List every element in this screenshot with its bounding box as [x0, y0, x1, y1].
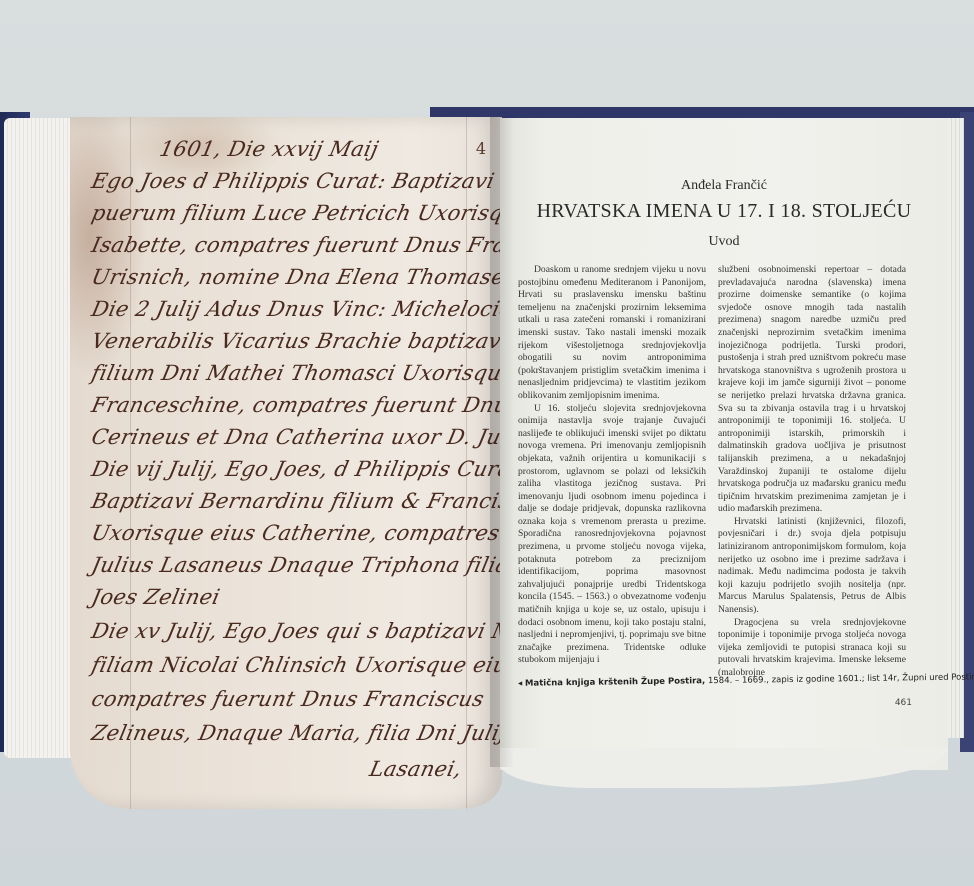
manuscript-line: Isabette, compatres fuerunt Dnus Francis… — [89, 233, 496, 257]
printed-page: Anđela Frančić HRVATSKA IMENA U 17. I 18… — [500, 118, 948, 770]
manuscript-line: Joes Zelinei — [89, 585, 496, 609]
chapter-title: HRVATSKA IMENA U 17. I 18. STOLJEĆU — [500, 200, 948, 223]
manuscript-line: Julius Lasaneus Dnaque Triphona filia d.… — [89, 553, 496, 577]
book-gutter-shadow — [490, 117, 520, 767]
photo-scene: 4 1601, Die xxvij Maij Ego Joes d Philip… — [0, 0, 974, 886]
manuscript-signature: Lasanei, — [367, 757, 496, 781]
text-column-left: Doaskom u ranome srednjem vijeku u novu … — [518, 264, 706, 667]
manuscript-line: Die 2 Julij Adus Dnus Vinc: Michelocich … — [89, 297, 496, 321]
manuscript-line: Uxorisque eius Catherine, compatres fuer… — [89, 521, 496, 545]
page-stack-left — [4, 118, 74, 758]
manuscript-line: Franceschine, compatres fuerunt Dnus Nic… — [89, 393, 496, 417]
manuscript-line: Venerabilis Vicarius Brachie baptizavit … — [89, 329, 496, 353]
paragraph: Dragocjena su vrela srednjovjekovne topo… — [718, 617, 906, 680]
manuscript-line: Urisnich, nomine Dna Elena Thomasei Rico… — [89, 265, 496, 289]
manuscript-line: compatres fuerunt Dnus Franciscus — [89, 687, 496, 711]
paragraph: Hrvatski latinisti (književnici, filozof… — [718, 516, 906, 617]
paragraph: U 16. stoljeću slojevita srednjovjekovna… — [518, 403, 706, 667]
manuscript-line: 1601, Die xxvij Maij — [157, 137, 496, 161]
author-name: Anđela Frančić — [500, 178, 948, 194]
manuscript-line: Zelineus, Dnaque Maria, filia Dni Julij — [89, 721, 496, 745]
caption-title: Matična knjiga krštenih Župe Postira, — [525, 676, 705, 689]
manuscript-line: filiam Nicolai Chlinsich Uxorisque eius … — [89, 653, 496, 677]
manuscript-page: 4 1601, Die xxvij Maij Ego Joes d Philip… — [70, 117, 502, 809]
manuscript-line: Ego Joes d Philippis Curat: Baptizavi — [89, 169, 496, 193]
text-column-right: službeni osobnoimenski repertoar – dotad… — [718, 264, 906, 680]
manuscript-line: Die xv Julij, Ego Joes qui s baptizavi M… — [89, 619, 496, 643]
section-heading: Uvod — [500, 234, 948, 250]
manuscript-line: Baptizavi Bernardinu filium & Francisci … — [89, 489, 496, 513]
page-number: 461 — [895, 698, 912, 708]
manuscript-line: filium Dni Mathei Thomasci Uxorisque eiu… — [89, 361, 496, 385]
manuscript-line: puerum filium Luce Petricich Uxorisque e… — [89, 201, 496, 225]
manuscript-line: Cerineus et Dna Catherina uxor D. Julij … — [89, 425, 496, 449]
paragraph: Doaskom u ranome srednjem vijeku u novu … — [518, 264, 706, 403]
manuscript-line: Die vij Julij, Ego Joes, d Philippis Cur… — [89, 457, 496, 481]
paragraph: službeni osobnoimenski repertoar – dotad… — [718, 264, 906, 516]
figure-caption: ◂ Matična knjiga krštenih Župe Postira, … — [518, 673, 918, 689]
